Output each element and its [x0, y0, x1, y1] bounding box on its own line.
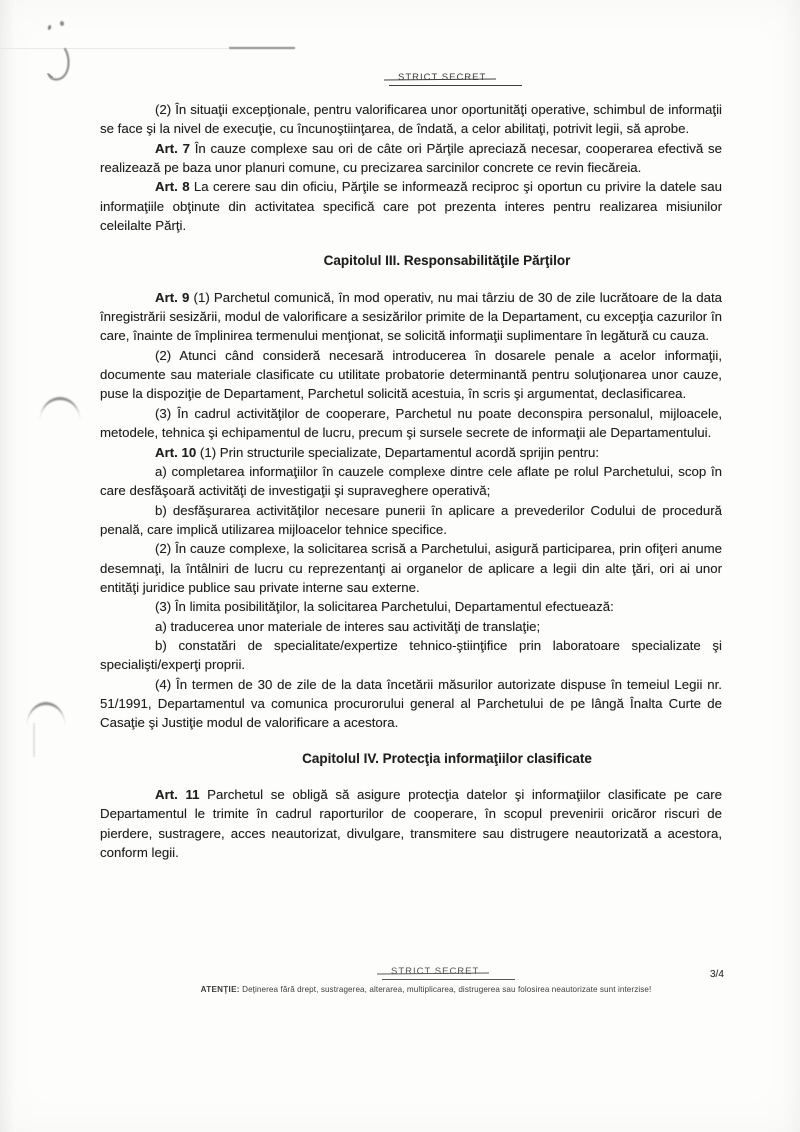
paragraph: a) completarea informaţiilor în cauzele …: [100, 462, 722, 501]
page-number: 3/4: [710, 969, 724, 980]
paragraph: Art. 9 (1) Parchetul comunică, în mod op…: [100, 288, 722, 346]
article-lead: Art. 7: [155, 141, 190, 156]
paragraph-text: b) desfăşurarea activităţilor necesare p…: [100, 503, 722, 537]
paragraph: (3) În cadrul activităţilor de cooperare…: [100, 404, 722, 443]
chapter-heading: Capitolul IV. Protecţia informaţiilor cl…: [100, 749, 722, 768]
footer-warning-text: Deţinerea fără drept, sustragerea, alter…: [240, 985, 652, 994]
paragraph: (4) În termen de 30 de zile de la data î…: [100, 675, 722, 733]
scan-line-artifact: [0, 48, 228, 49]
paragraph: b) constatări de specialitate/expertize …: [100, 636, 722, 675]
paragraph-text: (2) În situaţii excepţionale, pentru val…: [100, 102, 722, 136]
paragraph: Art. 10 (1) Prin structurile specializat…: [100, 443, 722, 462]
paragraph: Art. 7 În cauze complexe sau ori de câte…: [100, 139, 722, 178]
paragraph: (2) În cauze complexe, la solicitarea sc…: [100, 539, 722, 597]
paragraph-text: (2) Atunci când consideră necesară intro…: [100, 348, 722, 402]
article-lead: Art. 8: [155, 179, 190, 194]
paragraph-text: În cauze complexe sau ori de câte ori Pă…: [100, 141, 722, 175]
ink-speck-mark: [47, 25, 51, 31]
paragraph-text: (3) În limita posibilităţilor, la solici…: [155, 599, 614, 614]
paragraph-text: La cerere sau din oficiu, Părţile se inf…: [100, 179, 722, 233]
article-lead: Art. 11: [155, 787, 199, 802]
paragraph-text: a) traducerea unor materiale de interes …: [155, 619, 540, 634]
classification-footer: STRICT SECRET: [382, 966, 515, 980]
classification-header: STRICT SECRET: [389, 72, 522, 86]
paragraph-text: (4) În termen de 30 de zile de la data î…: [100, 677, 722, 731]
paragraph: (2) Atunci când consideră necesară intro…: [100, 346, 722, 404]
paragraph: b) desfăşurarea activităţilor necesare p…: [100, 501, 722, 540]
article-lead: Art. 9: [155, 290, 189, 305]
hole-punch-mark: [40, 397, 80, 420]
classification-header-text: STRICT SECRET: [398, 72, 486, 83]
handwritten-pen-mark: [43, 47, 79, 85]
paragraph-text: (1) Parchetul comunică, în mod operativ,…: [100, 290, 722, 344]
document-page: STRICT SECRET (2) În situaţii excepţiona…: [0, 0, 800, 1132]
footer-warning: ATENŢIE: Deţinerea fără drept, sustrager…: [26, 985, 800, 994]
chapter-heading: Capitolul III. Responsabilităţile Părţil…: [100, 251, 722, 270]
classification-footer-text: STRICT SECRET: [391, 966, 479, 977]
footer-warning-label: ATENŢIE:: [201, 985, 240, 994]
paragraph-text: a) completarea informaţiilor în cauzele …: [100, 464, 722, 498]
ink-speck-mark: [60, 21, 65, 27]
paragraph: Art. 11 Parchetul se obligă să asigure p…: [100, 785, 722, 862]
paragraph: a) traducerea unor materiale de interes …: [100, 617, 722, 636]
paragraph: (2) În situaţii excepţionale, pentru val…: [100, 100, 722, 139]
paragraph-text: (1) Prin structurile specializate, Depar…: [196, 445, 599, 460]
article-lead: Art. 10: [155, 445, 196, 460]
scan-line-artifact: [33, 723, 35, 757]
paragraph-text: (3) În cadrul activităţilor de cooperare…: [100, 406, 722, 440]
scan-line-artifact: [229, 47, 295, 49]
paragraph-text: b) constatări de specialitate/expertize …: [100, 638, 722, 672]
paragraph: Art. 8 La cerere sau din oficiu, Părţile…: [100, 177, 722, 235]
paragraph: (3) În limita posibilităţilor, la solici…: [100, 597, 722, 616]
hole-punch-mark: [27, 702, 65, 725]
document-body: (2) În situaţii excepţionale, pentru val…: [100, 100, 722, 862]
paragraph-text: (2) În cauze complexe, la solicitarea sc…: [100, 541, 722, 595]
